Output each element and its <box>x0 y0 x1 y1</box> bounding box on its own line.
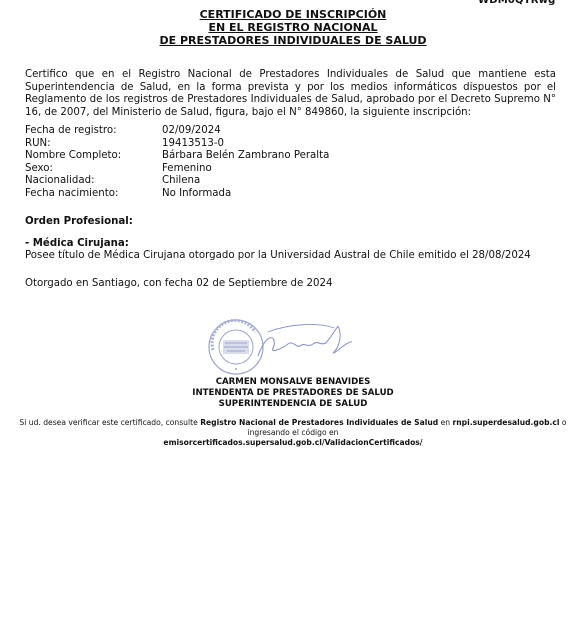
field-row-nationality: Nacionalidad: Chilena <box>25 175 329 188</box>
field-label: Fecha nacimiento: <box>25 188 162 201</box>
field-value: Chilena <box>162 175 200 188</box>
verify-url-rnpi[interactable]: rnpi.superdesalud.gob.cl <box>453 418 560 427</box>
field-row-run: RUN: 19413513-0 <box>25 138 329 151</box>
field-row-birth-date: Fecha nacimiento: No Informada <box>25 188 329 201</box>
field-label: Nacionalidad: <box>25 175 162 188</box>
intro-text: Certifico que en el Registro Nacional de… <box>25 69 556 119</box>
field-value: No Informada <box>162 188 231 201</box>
signer-position: INTENDENTA DE PRESTADORES DE SALUD <box>0 388 586 399</box>
signer-institution: SUPERINTENDENCIA DE SALUD <box>0 399 586 410</box>
signer-block: CARMEN MONSALVE BENAVIDES INTENDENTA DE … <box>0 377 586 410</box>
document-title: CERTIFICADO DE INSCRIPCIÓN EN EL REGISTR… <box>0 8 586 47</box>
field-label: Sexo: <box>25 163 162 176</box>
order-section-title: Orden Profesional: <box>25 216 133 227</box>
field-row-registration-date: Fecha de registro: 02/09/2024 <box>25 125 329 138</box>
order-name: - Médica Cirujana: <box>25 238 129 249</box>
field-row-sex: Sexo: Femenino <box>25 163 329 176</box>
intro-paragraph: Certifico que en el Registro Nacional de… <box>25 69 556 119</box>
issued-text: Otorgado en Santiago, con fecha 02 de Se… <box>25 278 332 289</box>
field-label: Fecha de registro: <box>25 125 162 138</box>
registration-fields: Fecha de registro: 02/09/2024 RUN: 19413… <box>25 125 329 201</box>
field-label: Nombre Completo: <box>25 150 162 163</box>
title-line-3: DE PRESTADORES INDIVIDUALES DE SALUD <box>0 34 586 47</box>
field-value: 02/09/2024 <box>162 125 221 138</box>
field-row-full-name: Nombre Completo: Bárbara Belén Zambrano … <box>25 150 329 163</box>
title-line-2: EN EL REGISTRO NACIONAL <box>0 21 586 34</box>
field-value: Femenino <box>162 163 212 176</box>
signature-icon <box>238 318 358 368</box>
title-line-1: CERTIFICADO DE INSCRIPCIÓN <box>0 8 586 21</box>
field-value: 19413513-0 <box>162 138 224 151</box>
verify-registry: Registro Nacional de Prestadores Individ… <box>200 418 438 427</box>
verification-note: Si ud. desea verificar este certificado,… <box>0 418 586 448</box>
field-label: RUN: <box>25 138 162 151</box>
signer-name: CARMEN MONSALVE BENAVIDES <box>0 377 586 388</box>
verification-code: WDM0QTRwg <box>478 0 555 6</box>
order-description: Posee título de Médica Cirujana otorgado… <box>25 250 531 261</box>
verify-prefix: Si ud. desea verificar este certificado,… <box>19 418 200 427</box>
verify-mid1: en <box>438 418 452 427</box>
verify-url-validation[interactable]: emisorcertificados.supersalud.gob.cl/Val… <box>163 438 422 447</box>
field-value: Bárbara Belén Zambrano Peralta <box>162 150 329 163</box>
